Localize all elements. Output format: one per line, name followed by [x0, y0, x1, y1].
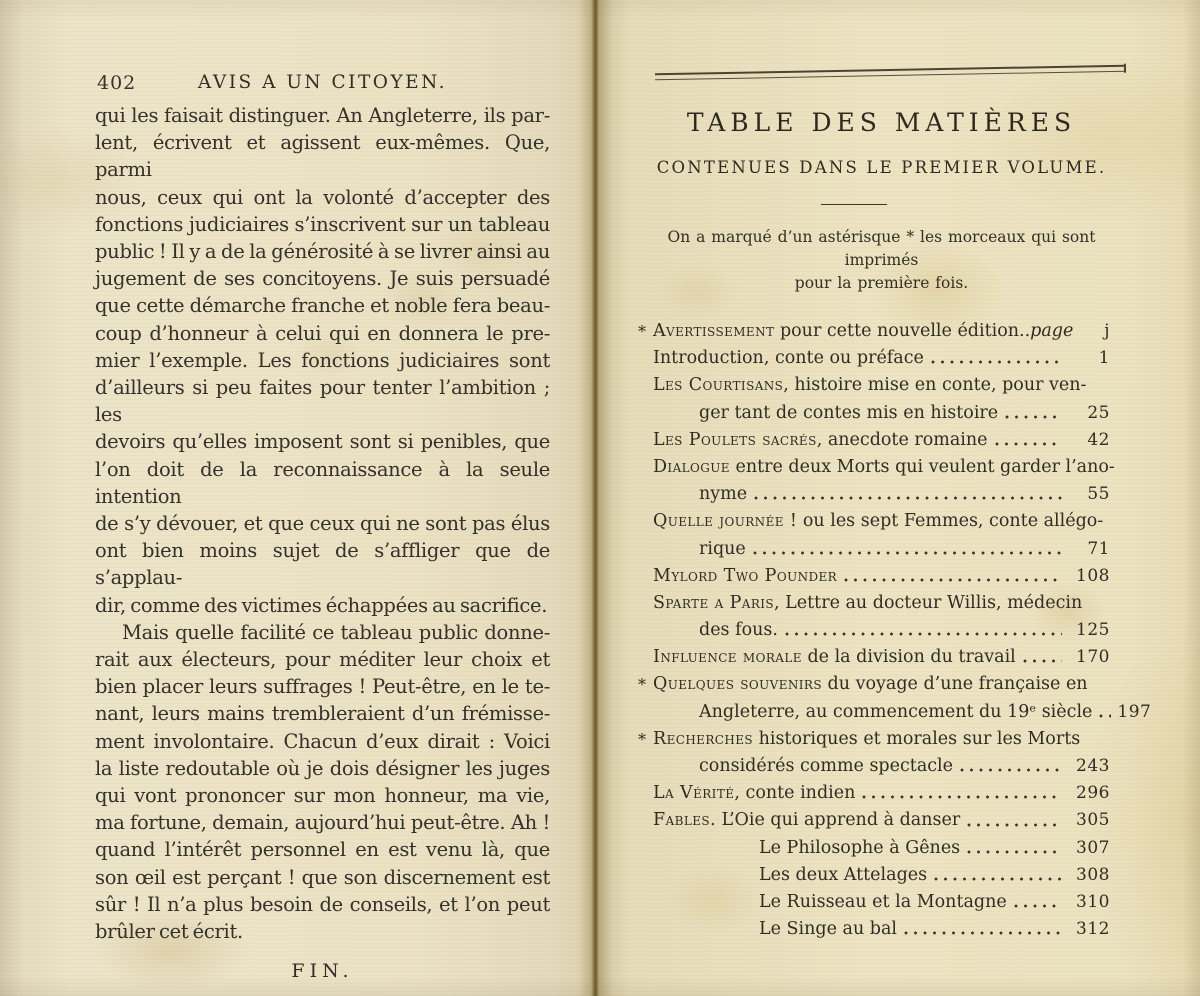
toc-subentry: Le Philosophe à Gênes307: [653, 835, 1110, 862]
toc-entry-continuation: rique71: [653, 536, 1110, 563]
body-line: la liste redoutable où je dois désigner …: [95, 755, 550, 782]
toc-list: *Avertissement pour cette nouvelle éditi…: [653, 318, 1110, 943]
dotted-leader: [1023, 644, 1062, 671]
dotted-leader: [967, 807, 1062, 834]
dotted-leader: [934, 862, 1062, 889]
running-title: AVIS A UN CITOYEN.: [95, 72, 550, 93]
body-line: public ! Il y a de la générosité à se li…: [95, 238, 550, 265]
toc-page-number: 25: [1068, 400, 1110, 427]
toc-note-line: pour la première fois.: [653, 272, 1110, 295]
body-line: qui vont prononcer sur mon honneur, ma v…: [95, 782, 550, 809]
toc-entry: Influence morale de la division du trava…: [653, 644, 1110, 671]
dotted-leader: [931, 345, 1062, 372]
asterisk-mark: *: [638, 671, 646, 698]
body-line: devoirs qu’elles imposent sont si penibl…: [95, 428, 550, 455]
body-line: l’on doit de la reconnaissance à la seul…: [95, 456, 550, 510]
toc-entry: *Recherches historiques et morales sur l…: [653, 726, 1110, 753]
body-line: bien placer leurs suffrages ! Peut-être,…: [95, 673, 550, 700]
toc-note: On a marqué d’un astérisque * les morcea…: [653, 226, 1110, 295]
open-book-photo: 402 AVIS A UN CITOYEN. qui les faisait d…: [0, 0, 1200, 996]
toc-subentry: Les deux Attelages308: [653, 862, 1110, 889]
dotted-leader: [960, 753, 1062, 780]
toc-entry: Les Courtisans, histoire mise en conte, …: [653, 372, 1110, 399]
toc-entry-continuation: Angleterre, au commencement du 19ᵉ siècl…: [653, 699, 1110, 726]
toc-entry: Quelle journée ! ou les sept Femmes, con…: [653, 508, 1110, 535]
toc-entry: *Quelques souvenirs du voyage d’une fran…: [653, 671, 1110, 698]
dotted-leader: [754, 481, 1062, 508]
body-text: qui les faisait distinguer. An Angleterr…: [95, 102, 550, 986]
body-line: mier l’exemple. Les fonctions judiciaire…: [95, 347, 550, 374]
dotted-leader: [753, 536, 1062, 563]
toc-entry: Mylord Two Pounder108: [653, 563, 1110, 590]
short-rule: [821, 204, 887, 205]
toc-entry: Sparte a Paris, Lettre au docteur Willis…: [653, 590, 1110, 617]
toc-page-number: j: [1087, 318, 1110, 345]
toc-page-number: 305: [1068, 807, 1110, 834]
body-line: quand l’intérêt personnel en est venu là…: [95, 836, 550, 863]
body-line: d’ailleurs si peu faites pour tenter l’a…: [95, 374, 550, 428]
body-line: qui les faisait distinguer. An Angleterr…: [95, 102, 550, 129]
toc-page-number: 307: [1068, 835, 1110, 862]
toc-subentry: Le Ruisseau et la Montagne310: [653, 889, 1110, 916]
right-page: TABLE DES MATIÈRES CONTENUES DANS LE PRE…: [593, 0, 1200, 996]
toc-page-number: 1: [1068, 345, 1110, 372]
dotted-leader: [862, 780, 1062, 807]
page-number: 402: [97, 72, 136, 94]
dotted-leader: [1099, 699, 1111, 726]
toc-entry-continuation: considérés comme spectacle243: [653, 753, 1110, 780]
toc-entry: Introduction, conte ou préface1: [653, 345, 1110, 372]
dotted-leader: [785, 617, 1062, 644]
toc-page-number: 55: [1068, 481, 1110, 508]
body-line: nous, ceux qui ont la volonté d’accepter…: [95, 184, 550, 211]
body-line: son œil est perçant ! que son discerneme…: [95, 864, 550, 891]
body-line: nant, leurs mains trembleraient d’un fré…: [95, 700, 550, 727]
body-line: lent, écrivent et agissent eux-mêmes. Qu…: [95, 129, 550, 183]
toc-page-number: 308: [1068, 862, 1110, 889]
dotted-leader: [844, 563, 1062, 590]
page-header: 402 AVIS A UN CITOYEN.: [95, 72, 550, 96]
toc-page-number: 170: [1068, 644, 1110, 671]
toc-entry: *Avertissement pour cette nouvelle éditi…: [653, 318, 1110, 345]
toc-page-number: 296: [1068, 780, 1110, 807]
toc-subtitle: CONTENUES DANS LE PREMIER VOLUME.: [653, 158, 1110, 177]
body-line: fonctions judiciaires s’inscrivent sur u…: [95, 211, 550, 238]
toc-title: TABLE DES MATIÈRES: [653, 108, 1110, 137]
table-of-contents: TABLE DES MATIÈRES CONTENUES DANS LE PRE…: [653, 0, 1110, 943]
left-page: 402 AVIS A UN CITOYEN. qui les faisait d…: [0, 0, 593, 996]
toc-entry-continuation: des fous.125: [653, 617, 1110, 644]
toc-page-number: 243: [1068, 753, 1110, 780]
page-word: page: [1030, 318, 1073, 345]
toc-entry-continuation: nyme55: [653, 481, 1110, 508]
toc-page-number: 310: [1068, 889, 1110, 916]
toc-entry: Les Poulets sacrés, anecdote romaine42: [653, 427, 1110, 454]
body-line: jugement de ses concitoyens. Je suis per…: [95, 265, 550, 292]
asterisk-mark: *: [638, 318, 646, 345]
toc-page-number: 125: [1068, 617, 1110, 644]
toc-page-number: 42: [1068, 427, 1110, 454]
toc-subentry: Le Singe au bal312: [653, 916, 1110, 943]
toc-entry: Dialogue entre deux Morts qui veulent ga…: [653, 454, 1110, 481]
toc-entry: La Vérité, conte indien296: [653, 780, 1110, 807]
dotted-leader: [967, 835, 1062, 862]
dotted-leader: [995, 427, 1062, 454]
fin-label: FIN.: [95, 958, 550, 985]
body-line: ma fortune, demain, aujourd’hui peut-êtr…: [95, 809, 550, 836]
book-gutter: [578, 0, 612, 996]
dotted-leader: [1014, 889, 1062, 916]
toc-page-number: 197: [1117, 699, 1151, 726]
toc-page-number: 108: [1068, 563, 1110, 590]
body-line: ont bien moins sujet de s’affliger que d…: [95, 537, 550, 591]
dotted-leader: [1005, 400, 1062, 427]
body-line: brûler cet écrit.: [95, 918, 550, 945]
body-line: coup d’honneur à celui qui en donnera le…: [95, 320, 550, 347]
body-line: que cette démarche franche et noble fera…: [95, 292, 550, 319]
toc-entry-continuation: ger tant de contes mis en histoire25: [653, 400, 1110, 427]
body-line: de s’y dévouer, et que ceux qui ne sont …: [95, 510, 550, 537]
body-line: dir, comme des victimes échappées au sac…: [95, 592, 550, 619]
toc-page-number: 71: [1068, 536, 1110, 563]
asterisk-mark: *: [638, 726, 646, 753]
body-line: rait aux électeurs, pour méditer leur ch…: [95, 646, 550, 673]
toc-page-number: 312: [1068, 916, 1110, 943]
body-line: ment involontaire. Chacun d’eux dirait :…: [95, 728, 550, 755]
dotted-leader: [904, 916, 1062, 943]
body-line: Mais quelle facilité ce tableau public d…: [95, 619, 550, 646]
toc-entry: Fables. L’Oie qui apprend à danser305: [653, 807, 1110, 834]
toc-note-line: On a marqué d’un astérisque * les morcea…: [653, 226, 1110, 272]
body-line: sûr ! Il n’a plus besoin de conseils, et…: [95, 891, 550, 918]
